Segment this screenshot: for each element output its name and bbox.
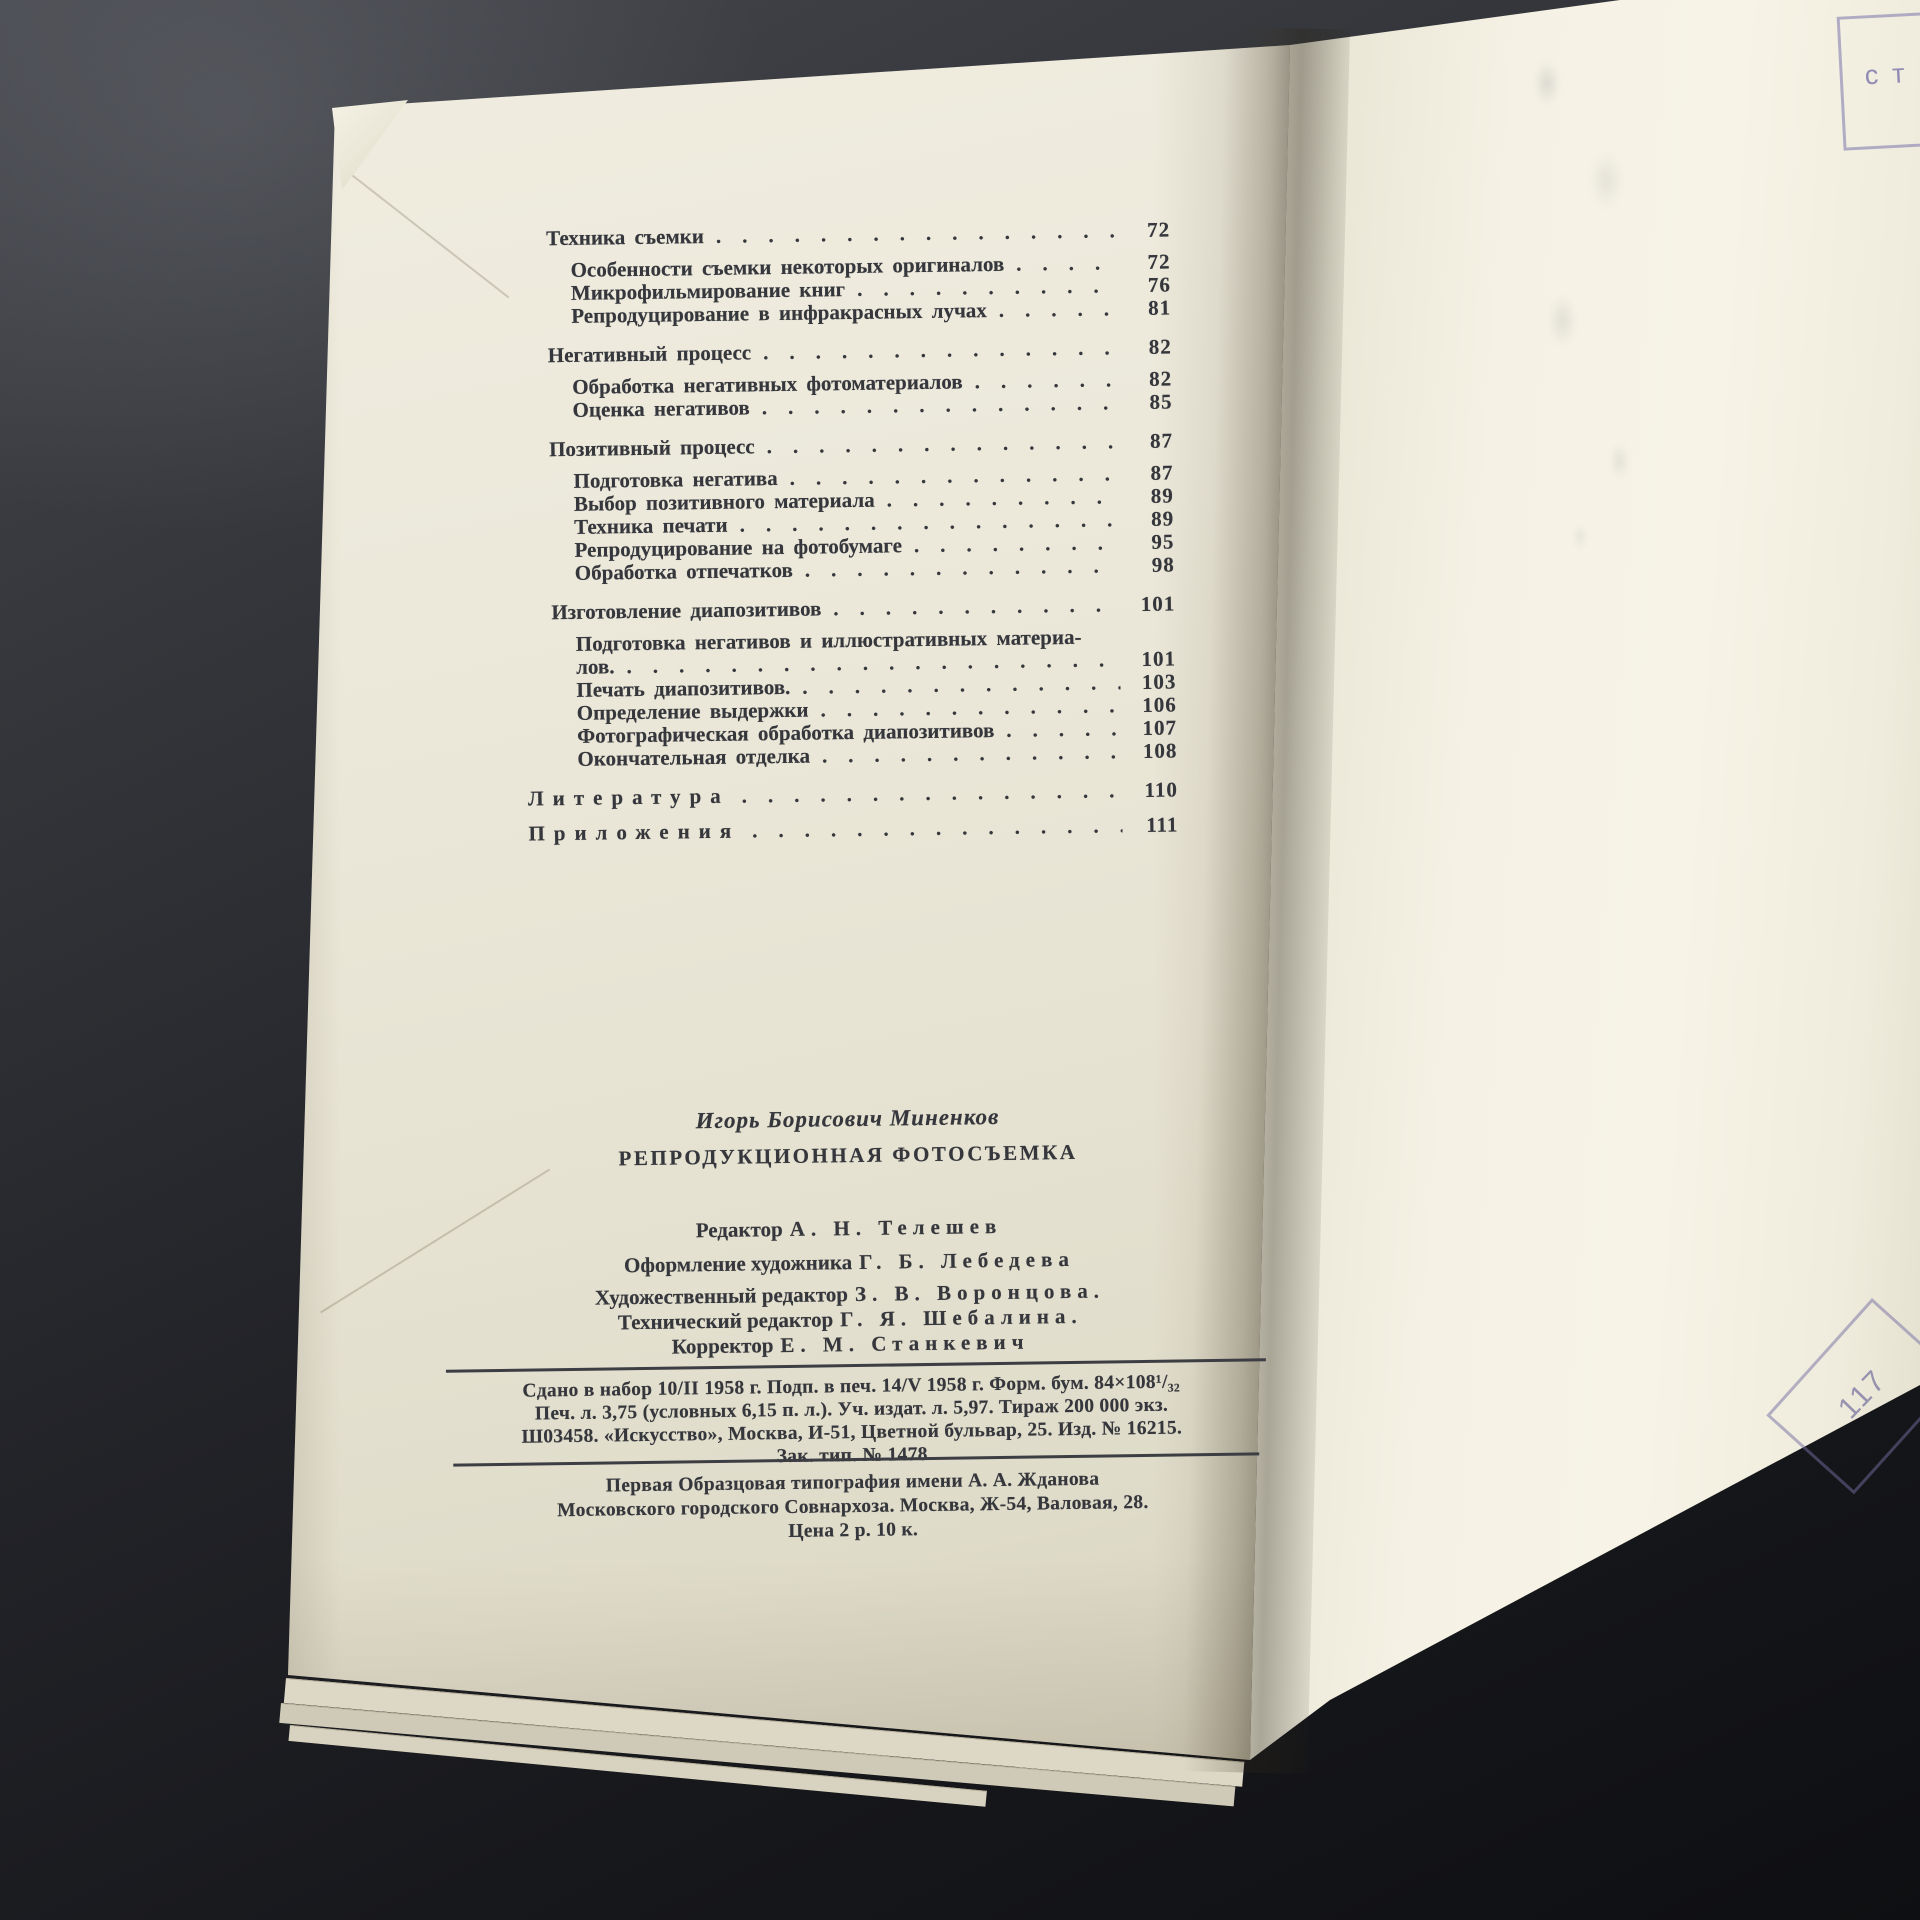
toc-entry: Приложения..............................…: [528, 812, 1178, 844]
toc-entry: Позитивный процесс......................…: [523, 429, 1173, 461]
credit-role: Оформление художника: [624, 1250, 852, 1277]
dot-leader: ........................................: [821, 592, 1119, 621]
dot-leader: ........................................: [730, 778, 1123, 808]
credit-role: Художественный редактор: [595, 1282, 848, 1310]
colophon-credits: РедакторА. Н. ТелешевОформление художник…: [434, 1210, 1266, 1363]
toc-entry-title: Приложения: [528, 819, 740, 847]
toc-entry-title: Окончательная отделка: [577, 744, 810, 772]
toc-entry-page: 85: [1120, 390, 1172, 416]
toc-entry-page: 72: [1118, 218, 1170, 244]
toc-entry-page: 98: [1123, 552, 1175, 578]
toc-entry-title: Оценка негативов: [572, 395, 750, 422]
toc-entry-page: 101: [1124, 646, 1176, 672]
credit-name: З. В. Воронцова.: [855, 1279, 1105, 1306]
dot-leader: ........................................: [751, 335, 1116, 365]
dot-leader: ........................................: [750, 390, 1117, 420]
credit-role: Корректор: [672, 1333, 774, 1358]
toc-entry-page: 89: [1122, 507, 1174, 533]
dot-leader: ........................................: [740, 813, 1123, 843]
printer-block: Первая Образцовая типография имени А. А.…: [437, 1465, 1268, 1549]
credit-role: Редактор: [696, 1217, 783, 1242]
dot-leader: ........................................: [793, 553, 1119, 583]
side-stamp-number: 117: [1832, 1364, 1894, 1426]
colophon-author: Игорь Борисович Миненков: [432, 1100, 1262, 1138]
toc-entry-page: 107: [1125, 715, 1177, 741]
toc-entry-page: 111: [1126, 812, 1178, 838]
toc-entry-page: 87: [1121, 461, 1173, 487]
toc-entry-page: 106: [1125, 692, 1177, 718]
toc-entry-page: 89: [1122, 484, 1174, 510]
toc-entry-page: 76: [1119, 273, 1171, 299]
credit-line: Оформление художникаГ. Б. Лебедева: [434, 1244, 1264, 1281]
toc-entry-title: Репродуцирование в инфракрасных лучах: [571, 298, 987, 329]
dot-leader: ........................................: [987, 296, 1116, 323]
toc-entry-page: 87: [1121, 429, 1173, 455]
toc-entry-title: Литература: [528, 784, 730, 812]
toc-entry: Негативный процесс......................…: [522, 335, 1172, 367]
page-smudge: [1470, 40, 1690, 580]
credit-name: Г. Я. Шебалина.: [840, 1304, 1083, 1331]
corner-stamp-text: ст: [1864, 58, 1919, 92]
toc-entry-page: 72: [1118, 250, 1170, 276]
toc-entry-title: лов.: [576, 654, 615, 680]
colophon-book-title: РЕПРОДУКЦИОННАЯ ФОТОСЪЕМКА: [433, 1137, 1263, 1174]
toc-entry-title: Позитивный процесс: [549, 434, 755, 462]
dot-leader: ........................................: [704, 218, 1115, 249]
toc-entry-page: 81: [1119, 296, 1171, 322]
toc-entry-page: 101: [1123, 591, 1175, 617]
credit-line: РедакторА. Н. Телешев: [434, 1210, 1264, 1247]
credit-role: Технический редактор: [618, 1307, 834, 1334]
credit-name: Г. Б. Лебедева: [859, 1247, 1075, 1274]
dot-leader: ........................................: [810, 739, 1122, 768]
toc-entry-title: Техника съемки: [546, 224, 704, 251]
toc-entry-page: 82: [1120, 335, 1172, 361]
toc-entry-title: Изготовление диапозитивов: [551, 596, 821, 625]
toc-entry-title: Обработка отпечатков: [575, 558, 793, 586]
toc: Техника съемки..........................…: [520, 218, 1179, 845]
photo-scene: Техника съемки..........................…: [0, 0, 1920, 1920]
toc-entry-page: 95: [1122, 529, 1174, 555]
credit-name: А. Н. Телешев: [790, 1214, 1003, 1241]
toc-entry-page: 82: [1120, 367, 1172, 393]
dot-leader: ........................................: [754, 429, 1117, 459]
printed-page-content: Техника съемки..........................…: [420, 216, 1272, 1787]
corner-stamp: ст: [1837, 7, 1920, 150]
toc-entry-page: 110: [1126, 777, 1178, 803]
toc-entry-title: Негативный процесс: [548, 340, 752, 368]
toc-entry-page: 103: [1124, 669, 1176, 695]
toc-entry: Литература..............................…: [528, 777, 1178, 809]
toc-entry: Изготовление диапозитивов...............…: [525, 591, 1175, 623]
toc-entry-page: 108: [1125, 738, 1177, 764]
credit-name: Е. М. Станкевич: [780, 1330, 1029, 1357]
